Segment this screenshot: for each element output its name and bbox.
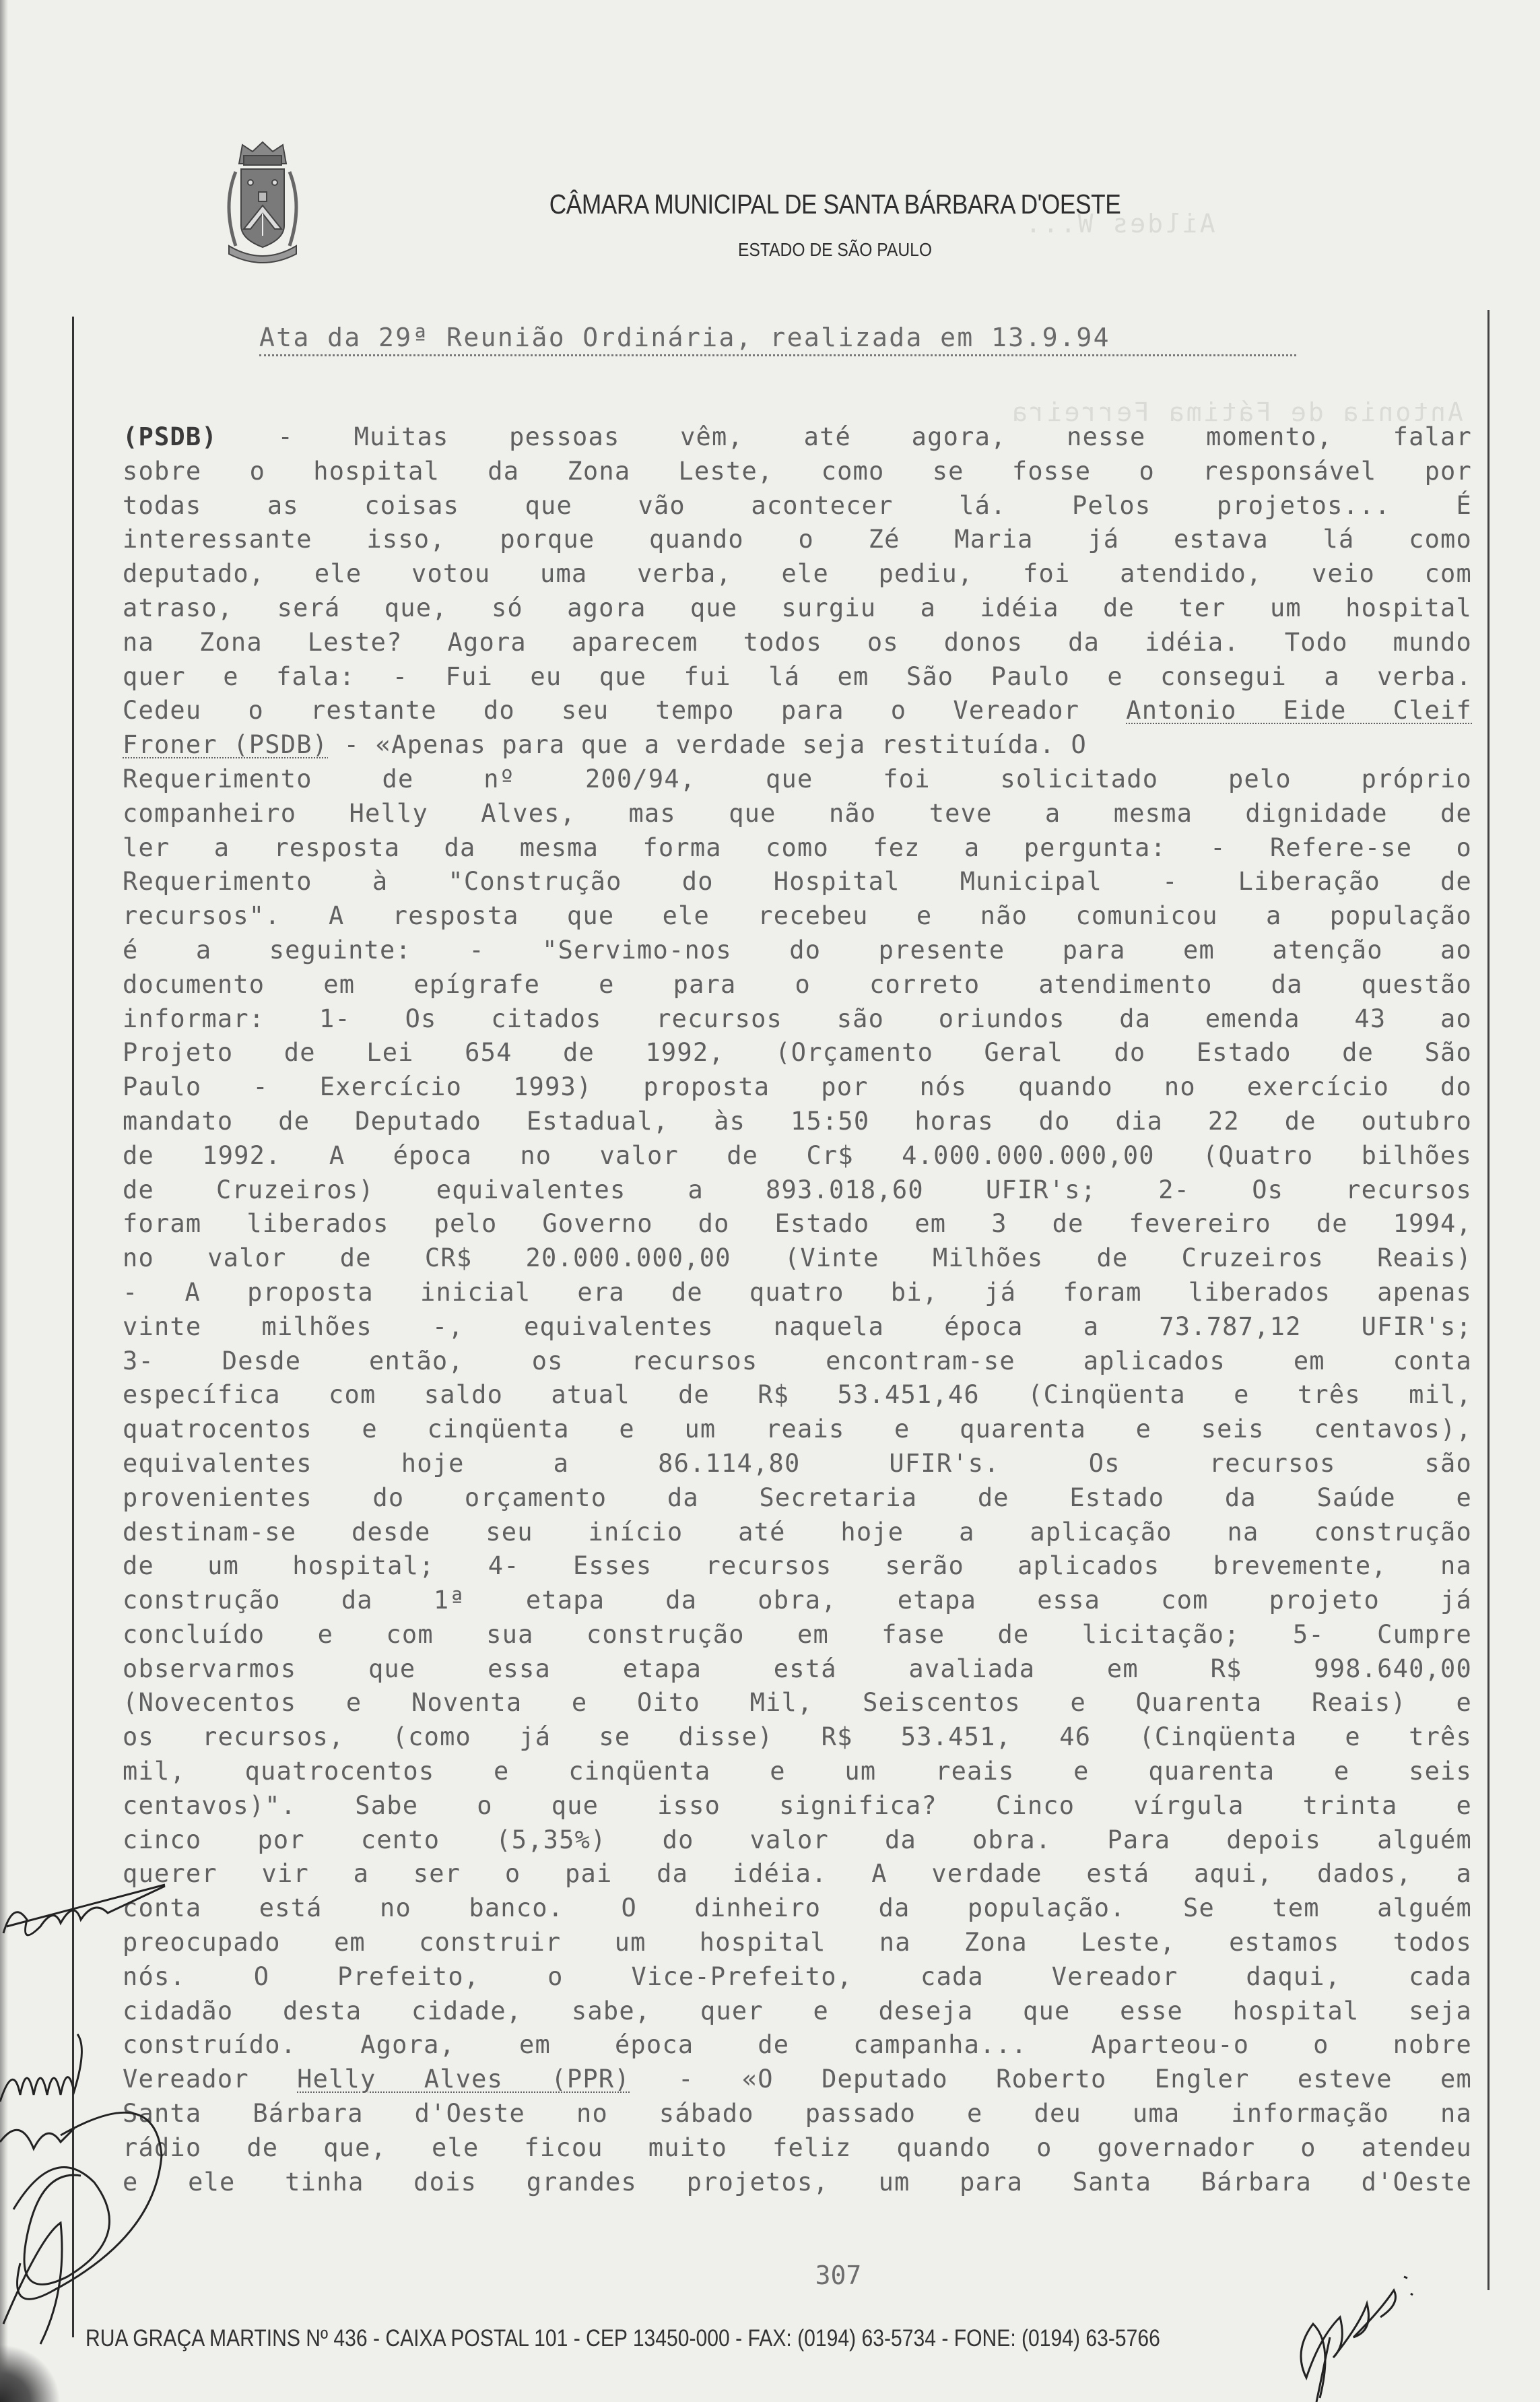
text-line: sobre o hospital da Zona Leste, como se … [123, 455, 1472, 489]
text-line: rádio de que, ele ficou muito feliz quan… [123, 2131, 1472, 2166]
scan-edge [0, 0, 8, 2402]
text-line: Requerimento de nº 200/94, que foi solic… [123, 762, 1472, 797]
text-line: provenientes do orçamento da Secretaria … [123, 1481, 1472, 1516]
text-line: recursos". A resposta que ele recebeu e … [123, 899, 1472, 934]
text-line: atraso, será que, só agora que surgiu a … [123, 591, 1472, 626]
text-line: Cedeu o restante do seu tempo para o Ver… [123, 694, 1472, 728]
minutes-body: (PSDB) - Muitas pessoas vêm, até agora, … [123, 420, 1472, 2199]
scan-shadow [0, 2344, 61, 2402]
text-line: todas as coisas que vão acontecer lá. Pe… [123, 489, 1472, 523]
text-line: interessante isso, porque quando o Zé Ma… [123, 523, 1472, 557]
text-line: Froner (PSDB) - «Apenas para que a verda… [123, 728, 1472, 762]
text-line: de 1992. A época no valor de Cr$ 4.000.0… [123, 1139, 1472, 1173]
text-line: quer e fala: - Fui eu que fui lá em São … [123, 660, 1472, 694]
text-line: os recursos, (como já se disse) R$ 53.45… [123, 1720, 1472, 1755]
text-line: na Zona Leste? Agora aparecem todos os d… [123, 626, 1472, 660]
text-line: vinte milhões -, equivalentes naquela ép… [123, 1310, 1472, 1344]
text-line: destinam-se desde seu início até hoje a … [123, 1516, 1472, 1550]
text-line: observarmos que essa etapa está avaliada… [123, 1652, 1472, 1687]
coat-of-arms-icon [202, 138, 323, 269]
text-line: (Novecentos e Noventa e Oito Mil, Seisce… [123, 1686, 1472, 1720]
text-line: 3- Desde então, os recursos encontram-se… [123, 1344, 1472, 1379]
text-line: deputado, ele votou uma verba, ele pediu… [123, 557, 1472, 591]
text-line: e ele tinha dois grandes projetos, um pa… [123, 2166, 1472, 2200]
text-line: nós. O Prefeito, o Vice-Prefeito, cada V… [123, 1960, 1472, 1994]
text-line: Vereador Helly Alves (PPR) - «O Deputado… [123, 2063, 1472, 2097]
text-line: documento em epígrafe e para o correto a… [123, 968, 1472, 1002]
text-line: informar: 1- Os citados recursos são ori… [123, 1002, 1472, 1037]
text-line: é a seguinte: - "Servimo-nos do presente… [123, 934, 1472, 968]
text-line: (PSDB) - Muitas pessoas vêm, até agora, … [123, 420, 1472, 455]
text-line: mandato de Deputado Estadual, às 15:50 h… [123, 1105, 1472, 1139]
text-line: Santa Bárbara d'Oeste no sábado passado … [123, 2097, 1472, 2131]
text-line: de Cruzeiros) equivalentes a 893.018,60 … [123, 1173, 1472, 1208]
text-line: de um hospital; 4- Esses recursos serão … [123, 1549, 1472, 1584]
text-line: foram liberados pelo Governo do Estado e… [123, 1207, 1472, 1241]
institution-name: CÂMARA MUNICIPAL DE SANTA BÁRBARA D'OEST… [545, 189, 1125, 220]
page-number: 307 [805, 2261, 872, 2290]
text-line: Projeto de Lei 654 de 1992, (Orçamento G… [123, 1036, 1472, 1070]
speaker-name: Froner (PSDB) [123, 730, 328, 759]
text-line: construção da 1ª etapa da obra, etapa es… [123, 1584, 1472, 1618]
text-line: - A proposta inicial era de quatro bi, j… [123, 1276, 1472, 1310]
text-line: preocupado em construir um hospital na Z… [123, 1926, 1472, 1960]
text-line: cinco por cento (5,35%) do valor da obra… [123, 1823, 1472, 1858]
text-line: Requerimento à "Construção do Hospital M… [123, 865, 1472, 899]
text-line: Paulo - Exercício 1993) proposta por nós… [123, 1070, 1472, 1105]
speaker-name: Helly Alves (PPR) [297, 2065, 630, 2093]
text-line: ler a resposta da mesma forma como fez a… [123, 831, 1472, 866]
text-line: mil, quatrocentos e cinqüenta e um reais… [123, 1755, 1472, 1789]
text-line: conta está no banco. O dinheiro da popul… [123, 1891, 1472, 1926]
document-title: Ata da 29ª Reunião Ordinária, realizada … [259, 322, 1296, 356]
text-line: no valor de CR$ 20.000.000,00 (Vinte Mil… [123, 1241, 1472, 1276]
margin-rule-left [72, 317, 74, 2337]
text-line: centavos)". Sabe o que isso significa? C… [123, 1789, 1472, 1823]
text-line: concluído e com sua construção em fase d… [123, 1618, 1472, 1652]
text-line: companheiro Helly Alves, mas que não tev… [123, 797, 1472, 831]
text-line: específica com saldo atual de R$ 53.451,… [123, 1378, 1472, 1413]
margin-rule-right [1487, 310, 1489, 2290]
party-label: (PSDB) [123, 422, 217, 451]
state-name: ESTADO DE SÃO PAULO [687, 239, 983, 261]
text-line: construído. Agora, em época de campanha.… [123, 2028, 1472, 2063]
text-line: quatrocentos e cinqüenta e um reais e qu… [123, 1413, 1472, 1447]
text-line: cidadão desta cidade, sabe, quer e desej… [123, 1994, 1472, 2029]
speaker-name: Antonio Eide Cleif [1126, 696, 1472, 725]
text-line: equivalentes hoje a 86.114,80 UFIR's. Os… [123, 1447, 1472, 1481]
text-line: querer vir a ser o pai da idéia. A verda… [123, 1857, 1472, 1891]
footer-address: RUA GRAÇA MARTINS Nº 436 - CAIXA POSTAL … [86, 2325, 1313, 2352]
